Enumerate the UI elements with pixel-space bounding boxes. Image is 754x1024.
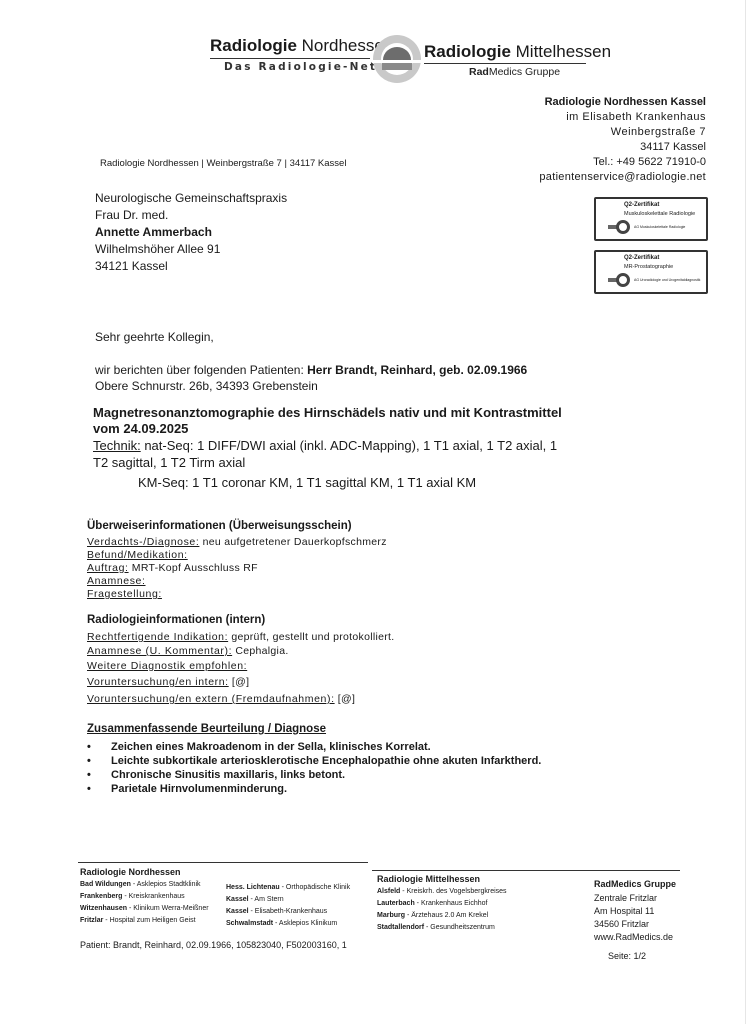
- referral-fields: Verdachts-/Diagnose: neu aufgetretener D…: [87, 536, 387, 601]
- field-row: Voruntersuchung/en intern: [@]: [87, 674, 394, 691]
- sender-email[interactable]: patientenservice@radiologie.net: [539, 170, 706, 185]
- brand-nordhessen: Radiologie Nordhessen: [210, 36, 393, 56]
- brand-tagline: Das Radiologie-Netz: [224, 61, 385, 73]
- field-row: Anamnese (U. Kommentar): Cephalgia.: [87, 644, 394, 658]
- location-item: Schwalmstadt - Asklepios Klinikum: [226, 918, 350, 930]
- sender-city: 34117 Kassel: [539, 140, 706, 155]
- field-row: Anamnese:: [87, 575, 387, 588]
- seal-ring-icon: [616, 273, 630, 287]
- location-item: Hess. Lichtenau - Orthopädische Klinik: [226, 882, 350, 894]
- patient-intro: wir berichten über folgenden Patienten: …: [95, 362, 527, 394]
- list-item: Chronische Sinusitis maxillaris, links b…: [87, 768, 541, 782]
- field-row: Verdachts-/Diagnose: neu aufgetretener D…: [87, 536, 387, 549]
- brand-radmedics: RadMedics Gruppe: [469, 66, 560, 78]
- brand-underline: [424, 63, 586, 64]
- technik: Technik: nat-Seq: 1 DIFF/DWI axial (inkl…: [93, 437, 563, 471]
- location-item: Lauterbach - Krankenhaus Eichhof: [377, 898, 507, 910]
- page-number: Seite: 1/2: [608, 951, 646, 961]
- list-item: Zeichen eines Makroadenom in der Sella, …: [87, 740, 541, 754]
- technik-label: Technik:: [93, 438, 141, 453]
- location-item: Witzenhausen - Klinikum Werra-Meißner: [80, 903, 209, 915]
- location-item: Stadtallendorf - Gesundheitszentrum: [377, 922, 507, 934]
- salutation: Sehr geehrte Kollegin,: [95, 330, 214, 344]
- referral-heading: Überweiserinformationen (Überweisungssch…: [87, 520, 352, 532]
- field-row: Voruntersuchung/en extern (Fremdaufnahme…: [87, 691, 394, 708]
- list-item: Leichte subkortikale arteriosklerotische…: [87, 754, 541, 768]
- sender-name: Radiologie Nordhessen Kassel: [539, 95, 706, 110]
- footer-radmedics-address: Zentrale Fritzlar Am Hospital 11 34560 F…: [594, 892, 673, 944]
- location-item: Alsfeld - Kreiskrh. des Vogelsbergkreise…: [377, 886, 507, 898]
- location-item: Kassel - Am Stern: [226, 894, 350, 906]
- certificate-badge: Q2-Zertifikat MR-Prostatographie AG Uror…: [594, 250, 708, 294]
- radiology-info-fields: Rechtfertigende Indikation: geprüft, ges…: [87, 630, 394, 708]
- footer-mittelhessen-list: Alsfeld - Kreiskrh. des Vogelsbergkreise…: [377, 886, 507, 934]
- list-item: Parietale Hirnvolumenminderung.: [87, 782, 541, 796]
- footer-nordhessen-col2: Hess. Lichtenau - Orthopädische Klinik K…: [226, 882, 350, 930]
- recipient-name: Annette Ammerbach: [95, 224, 287, 241]
- field-row: Fragestellung:: [87, 588, 387, 601]
- field-row: Befund/Medikation:: [87, 549, 387, 562]
- certificate-badge: Q2-Zertifikat Muskuloskelettale Radiolog…: [594, 197, 708, 241]
- radiology-info-heading: Radiologieinformationen (intern): [87, 614, 265, 626]
- radmedics-website-link[interactable]: www.RadMedics.de: [594, 931, 673, 944]
- location-item: Fritzlar - Hospital zum Heiligen Geist: [80, 915, 209, 927]
- sender-address: Radiologie Nordhessen Kassel im Elisabet…: [539, 95, 706, 185]
- seal-ring-icon: [616, 220, 630, 234]
- field-row: Auftrag: MRT-Kopf Ausschluss RF: [87, 562, 387, 575]
- recipient-address: Neurologische Gemeinschaftspraxis Frau D…: [95, 190, 287, 275]
- footer-divider: [78, 862, 368, 863]
- patient-id-line: Patient: Brandt, Reinhard, 02.09.1966, 1…: [80, 940, 347, 950]
- location-item: Frankenberg - Kreiskrankenhaus: [80, 891, 209, 903]
- field-row: Weitere Diagnostik empfohlen:: [87, 658, 394, 674]
- page-edge: [745, 0, 746, 1024]
- footer-mittelhessen-heading: Radiologie Mittelhessen: [377, 874, 480, 884]
- recipient-practice: Neurologische Gemeinschaftspraxis: [95, 190, 287, 207]
- return-address: Radiologie Nordhessen | Weinbergstraße 7…: [100, 158, 346, 169]
- exam-title: Magnetresonanztomographie des Hirnschäde…: [93, 405, 573, 437]
- brand-mittelhessen: Radiologie Mittelhessen: [424, 42, 611, 62]
- location-item: Kassel - Elisabeth-Krankenhaus: [226, 906, 350, 918]
- km-sequences: KM-Seq: 1 T1 coronar KM, 1 T1 sagittal K…: [138, 475, 476, 490]
- footer-radmedics-heading: RadMedics Gruppe: [594, 879, 676, 889]
- recipient-city: 34121 Kassel: [95, 258, 287, 275]
- diagnosis-heading: Zusammenfassende Beurteilung / Diagnose: [87, 723, 326, 735]
- footer-nordhessen-col1: Bad Wildungen - Asklepios Stadtklinik Fr…: [80, 879, 209, 927]
- field-row: Rechtfertigende Indikation: geprüft, ges…: [87, 630, 394, 644]
- location-item: Bad Wildungen - Asklepios Stadtklinik: [80, 879, 209, 891]
- sender-street: Weinbergstraße 7: [539, 125, 706, 140]
- patient-name: Herr Brandt, Reinhard, geb. 02.09.1966: [307, 363, 527, 377]
- footer-nordhessen-heading: Radiologie Nordhessen: [80, 867, 181, 877]
- recipient-title: Frau Dr. med.: [95, 207, 287, 224]
- sender-phone: Tel.: +49 5622 71910-0: [539, 155, 706, 170]
- recipient-street: Wilhelmshöher Allee 91: [95, 241, 287, 258]
- brand-underline: [210, 58, 370, 59]
- location-item: Marburg - Ärztehaus 2.0 Am Krekel: [377, 910, 507, 922]
- patient-address: Obere Schnurstr. 26b, 34393 Grebenstein: [95, 378, 527, 394]
- sender-line: im Elisabeth Krankenhaus: [539, 110, 706, 125]
- radiology-logo-icon: [372, 34, 422, 84]
- footer-divider: [372, 870, 680, 871]
- diagnosis-list: Zeichen eines Makroadenom in der Sella, …: [87, 740, 541, 796]
